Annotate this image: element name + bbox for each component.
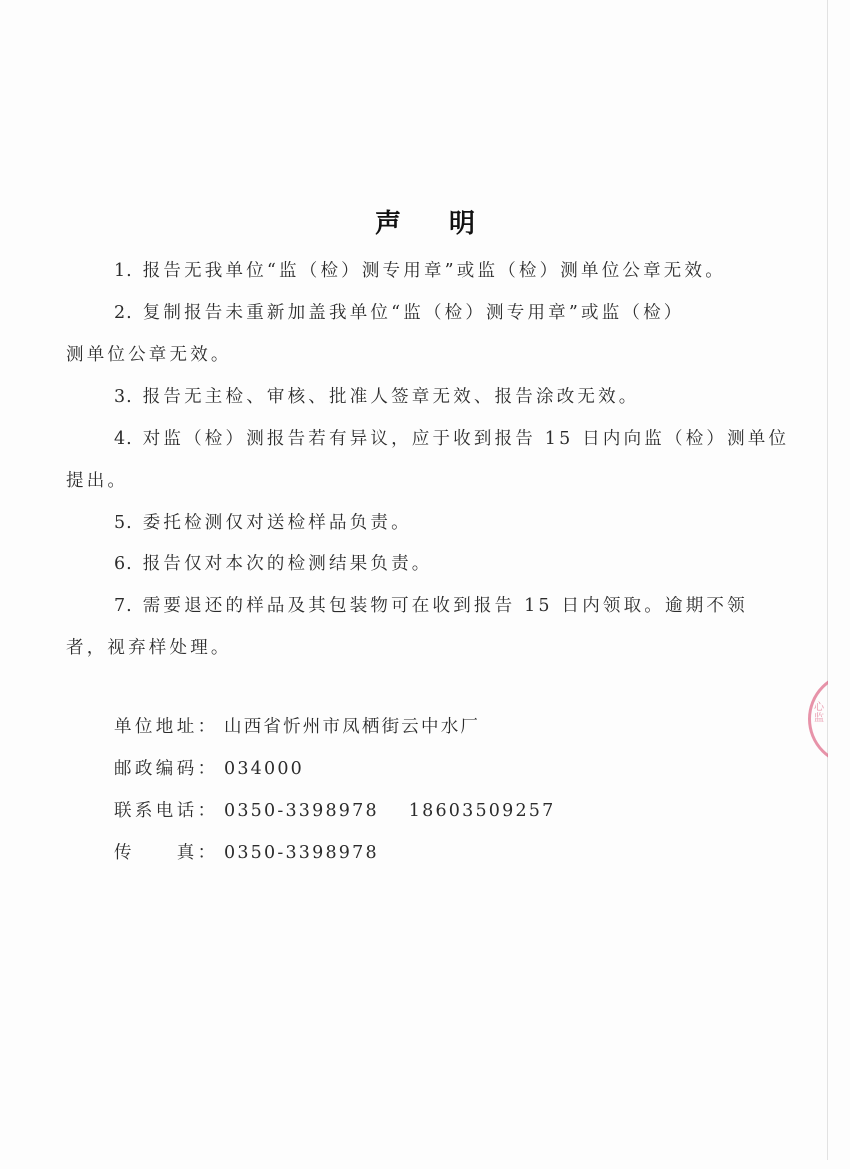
statement-3: 3.报告无主检、审核、批准人签章无效、报告涂改无效。 <box>66 376 786 418</box>
statement-text: 复制报告未重新加盖我单位“监（检）测专用章”或监（检） <box>143 303 685 323</box>
phone-label: 联系电话： <box>114 790 224 832</box>
statement-5: 5.委托检测仅对送检样品负责。 <box>66 502 786 544</box>
statement-6: 6.报告仅对本次的检测结果负责。 <box>66 543 786 585</box>
mobile-value: 18603509257 <box>409 801 556 821</box>
statement-line: 6.报告仅对本次的检测结果负责。 <box>66 543 786 585</box>
statement-2: 2.复制报告未重新加盖我单位“监（检）测专用章”或监（检） 测单位公章无效。 <box>66 292 786 376</box>
statement-text: 报告无我单位“监（检）测专用章”或监（检）测单位公章无效。 <box>143 261 726 281</box>
statement-7: 7.需要退还的样品及其包装物可在收到报告 15 日内领取。逾期不领 者，视弃样处… <box>66 585 786 669</box>
statement-line: 4.对监（检）测报告若有异议，应于收到报告 15 日内向监（检）测单位 <box>66 418 786 460</box>
statement-text: 报告仅对本次的检测结果负责。 <box>143 554 433 574</box>
address-label: 单位地址： <box>114 706 224 748</box>
contact-postcode: 邮政编码：034000 <box>114 748 304 790</box>
address-value: 山西省忻州市凤栖街云中水厂 <box>224 717 480 737</box>
statement-line: 者，视弃样处理。 <box>66 627 786 669</box>
statement-text: 委托检测仅对送检样品负责。 <box>143 513 412 533</box>
statement-number: 4. <box>114 429 133 449</box>
postcode-label: 邮政编码： <box>114 748 224 790</box>
statement-number: 1. <box>114 261 133 281</box>
phone-value: 0350-3398978 <box>224 801 379 821</box>
statement-line: 1.报告无我单位“监（检）测专用章”或监（检）测单位公章无效。 <box>66 250 786 292</box>
statement-line: 提出。 <box>66 460 786 502</box>
statement-text: 需要退还的样品及其包装物可在收到报告 15 日内领取。逾期不领 <box>143 596 748 616</box>
page-title: 声明 <box>0 204 850 244</box>
fax-value: 0350-3398978 <box>224 843 379 863</box>
contact-fax: 传 真：0350-3398978 <box>114 832 379 874</box>
statement-text: 者，视弃样处理。 <box>66 638 232 658</box>
statement-line: 7.需要退还的样品及其包装物可在收到报告 15 日内领取。逾期不领 <box>66 585 786 627</box>
statement-4: 4.对监（检）测报告若有异议，应于收到报告 15 日内向监（检）测单位 提出。 <box>66 418 786 502</box>
statement-1: 1.报告无我单位“监（检）测专用章”或监（检）测单位公章无效。 <box>66 250 786 292</box>
seal-stamp-partial: 心监 <box>808 672 828 764</box>
statement-line: 2.复制报告未重新加盖我单位“监（检）测专用章”或监（检） <box>66 292 786 334</box>
statement-line: 测单位公章无效。 <box>66 334 786 376</box>
statement-number: 2. <box>114 303 133 323</box>
contact-address: 单位地址：山西省忻州市凤栖街云中水厂 <box>114 706 480 748</box>
statement-number: 5. <box>114 513 133 533</box>
statement-text: 提出。 <box>66 471 128 491</box>
fax-label: 传 真： <box>114 832 224 874</box>
page-edge-line <box>827 0 828 1160</box>
statement-text: 测单位公章无效。 <box>66 345 232 365</box>
statement-number: 6. <box>114 554 133 574</box>
statement-line: 5.委托检测仅对送检样品负责。 <box>66 502 786 544</box>
statement-text: 报告无主检、审核、批准人签章无效、报告涂改无效。 <box>143 387 640 407</box>
statement-line: 3.报告无主检、审核、批准人签章无效、报告涂改无效。 <box>66 376 786 418</box>
contact-phone: 联系电话：0350-339897818603509257 <box>114 790 555 832</box>
postcode-value: 034000 <box>224 759 304 779</box>
seal-text: 心监 <box>814 702 826 724</box>
statement-number: 3. <box>114 387 133 407</box>
statement-text: 对监（检）测报告若有异议，应于收到报告 15 日内向监（检）测单位 <box>143 429 790 449</box>
statement-number: 7. <box>114 596 133 616</box>
document-page: 声明 1.报告无我单位“监（检）测专用章”或监（检）测单位公章无效。 2.复制报… <box>0 0 850 1169</box>
